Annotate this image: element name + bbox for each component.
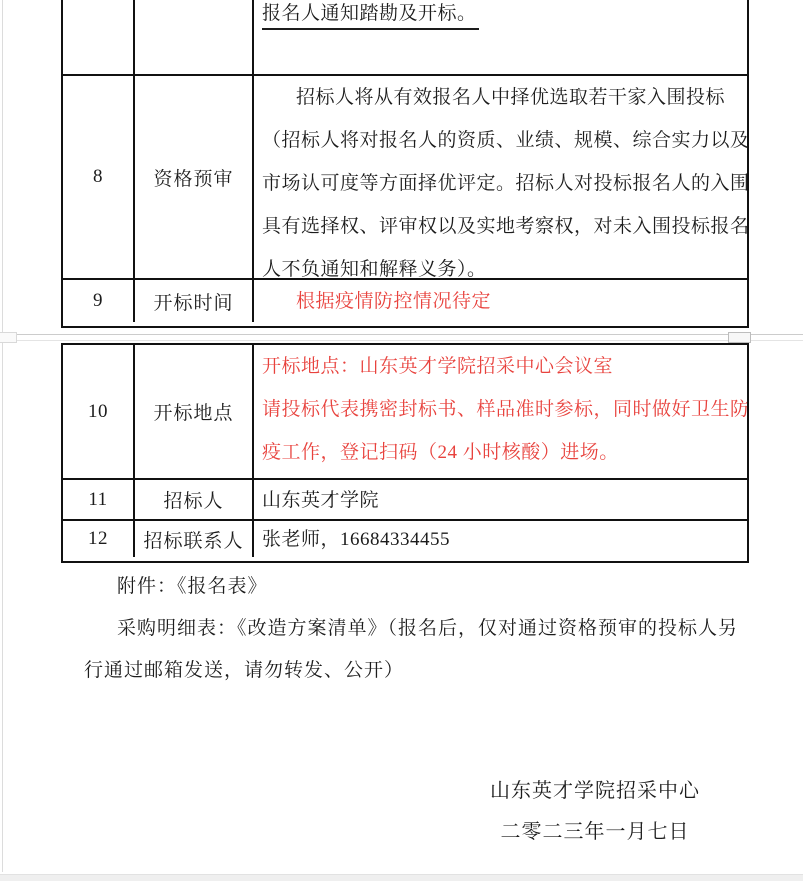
row-number: 10 [63,345,133,478]
page-break-handle-right [728,332,751,343]
row-number: 11 [63,480,133,519]
row-content-cell: 根据疫情防控情况待定 [252,280,747,322]
page-break-handle-left [0,332,17,343]
content-line: （招标人将对报名人的资质、业绩、规模、综合实力以及 [262,119,739,162]
row-content-cell: 招标人将从有效报名人中择优选取若干家入围投标 （招标人将对报名人的资质、业绩、规… [252,76,747,278]
signature-block: 山东英才学院招采中心 二零二三年一月七日 [450,771,740,853]
content-line: 市场认可度等方面择优评定。招标人对投标报名人的入围 [262,162,739,205]
row-content-cell: 开标地点：山东英才学院招采中心会议室 请投标代表携密封标书、样品准时参标，同时做… [252,345,747,478]
table-row-10: 10 开标地点 开标地点：山东英才学院招采中心会议室 请投标代表携密封标书、样品… [63,345,747,478]
page-break-line [0,334,803,335]
content-line: 人不负通知和解释义务）。 [262,248,739,278]
table-row-12: 12 招标联系人 张老师，16684334455 [63,519,747,557]
page-break-line [0,340,803,341]
content-line-red: 疫工作，登记扫码（24 小时核酸）进场。 [262,431,739,474]
tender-table-lower: 10 开标地点 开标地点：山东英才学院招采中心会议室 请投标代表携密封标书、样品… [61,343,749,563]
content-line-red: 请投标代表携密封标书、样品准时参标，同时做好卫生防 [262,388,739,431]
row-number: 9 [63,280,133,322]
row-label: 资格预审 [133,76,252,278]
content-line: 具有选择权、评审权以及实地考察权，对未入围投标报名 [262,205,739,248]
content-line: 招标人将从有效报名人中择优选取若干家入围投标 [262,76,739,119]
tender-table-upper: 报名人通知踏勘及开标。 8 资格预审 招标人将从有效报名人中择优选取若干家入围投… [61,0,749,328]
page-bottom-edge [0,874,803,881]
content-line-red: 根据疫情防控情况待定 [262,280,739,322]
row-number: 8 [63,76,133,278]
procurement-detail-note: 采购明细表：《改造方案清单》（报名后，仅对通过资格预审的投标人另 [0,608,803,650]
table-row-8: 8 资格预审 招标人将从有效报名人中择优选取若干家入围投标 （招标人将对报名人的… [63,74,747,278]
signature-org: 山东英才学院招采中心 [450,771,740,812]
document-page: 报名人通知踏勘及开标。 8 资格预审 招标人将从有效报名人中择优选取若干家入围投… [0,0,803,881]
row-label: 招标联系人 [133,521,252,557]
content-line: 山东英才学院 [262,480,739,519]
row-content-cell: 山东英才学院 [252,480,747,519]
page-left-edge [2,0,3,872]
table-row-11: 11 招标人 山东英才学院 [63,478,747,519]
table-row-partial: 报名人通知踏勘及开标。 [63,0,747,74]
content-line-red: 开标地点：山东英才学院招采中心会议室 [262,345,739,388]
procurement-detail-note-continued: 行通过邮箱发送，请勿转发、公开） [0,650,803,692]
row-content-cell: 张老师，16684334455 [252,521,747,557]
content-line: 张老师，16684334455 [262,521,739,557]
row-label: 开标时间 [133,280,252,322]
underlined-content-line: 报名人通知踏勘及开标。 [262,0,479,30]
signature-date: 二零二三年一月七日 [450,812,740,853]
row-label: 招标人 [133,480,252,519]
row-label-cell [133,0,252,74]
row-number: 12 [63,521,133,557]
row-content-cell: 报名人通知踏勘及开标。 [252,0,747,74]
row-number-cell [63,0,133,74]
row-label: 开标地点 [133,345,252,478]
attachment-note: 附件：《报名表》 [0,566,803,608]
table-row-9: 9 开标时间 根据疫情防控情况待定 [63,278,747,322]
attachment-notes: 附件：《报名表》 采购明细表：《改造方案清单》（报名后，仅对通过资格预审的投标人… [0,566,803,692]
